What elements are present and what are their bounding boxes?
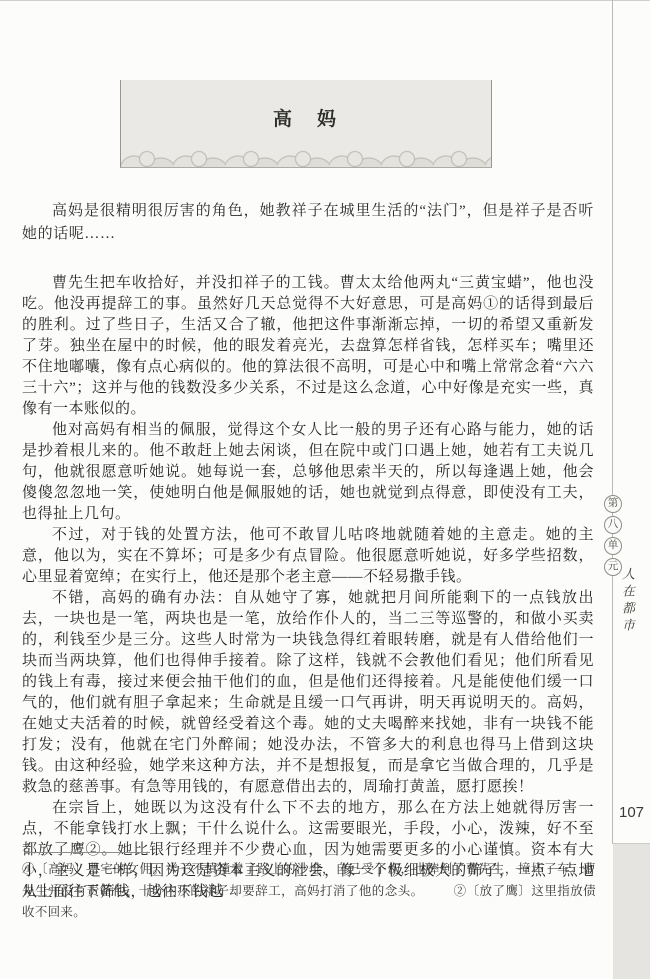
unit-badge-char: 八 bbox=[604, 516, 622, 534]
corner-tab-block bbox=[613, 843, 650, 979]
wave-pattern-decoration bbox=[121, 139, 491, 167]
footnotes: ①〔高妈〕曹宅的女佣。祥子不慎撞着了路上的沙堆，自己受了伤，也摔倒了曹先生，撞坏… bbox=[22, 859, 596, 924]
footnote-rule bbox=[24, 852, 150, 853]
unit-badge-char: 单 bbox=[604, 537, 622, 555]
page-title: 高 妈 bbox=[121, 80, 491, 131]
body-text: 曹先生把车收拾好，并没扣祥子的工钱。曹太太给他两丸“三黄宝蜡”，他也没吃。他没再… bbox=[22, 273, 594, 903]
paragraph: 不过，对于钱的处置方法，他可不敢冒儿咕咚地就随着她的主意走。她的主意，他以为，实… bbox=[22, 525, 594, 588]
paragraph: 曹先生把车收拾好，并没扣祥子的工钱。曹太太给他两丸“三黄宝蜡”，他也没吃。他没再… bbox=[22, 273, 594, 420]
intro-block: 高妈是很精明很厉害的角色，她教祥子在城里生活的“法门”，但是祥子是否听她的话呢…… bbox=[22, 200, 594, 246]
top-edge-rule bbox=[0, 0, 650, 1]
unit-badge: 第 八 单 元 bbox=[604, 495, 622, 576]
title-banner: 高 妈 bbox=[120, 80, 492, 168]
margin-divider-line bbox=[612, 0, 613, 844]
unit-theme-label: 人在都市 bbox=[618, 567, 637, 635]
paragraph: 他对高妈有相当的佩服，觉得这个女人比一般的男子还有心路与能力，她的话是抄着根儿来… bbox=[22, 420, 594, 525]
intro-text: 高妈是很精明很厉害的角色，她教祥子在城里生活的“法门”，但是祥子是否听她的话呢…… bbox=[22, 200, 594, 246]
paragraph: 不错，高妈的确有办法：自从她守了寡，她就把月间所能剩下的一点钱放出去，一块也是一… bbox=[22, 588, 594, 798]
page-number: 107 bbox=[613, 804, 650, 821]
book-page: 高 妈 高妈是很精明很厉害的角色，她教祥子在城里生活的“法门”，但是祥子是否听她… bbox=[0, 0, 650, 979]
unit-badge-char: 第 bbox=[604, 495, 622, 513]
